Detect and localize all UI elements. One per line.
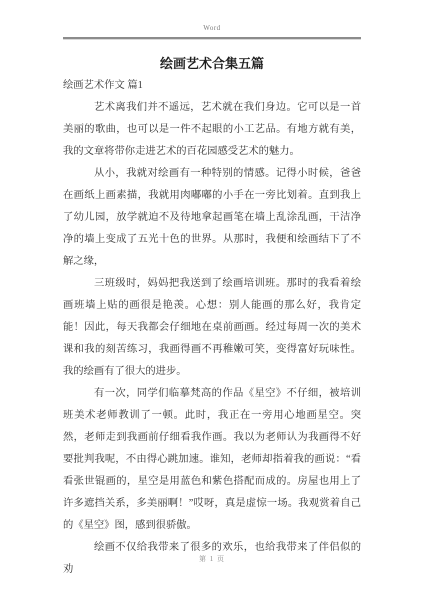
paragraph-1: 艺术离我们并不遥远，艺术就在我们身边。它可以是一首美丽的歌曲，也可以是一件不起眼…: [63, 97, 361, 163]
header-app-label: Word: [0, 23, 424, 33]
section-heading: 绘画艺术作文 篇1: [63, 75, 361, 97]
header-divider: [63, 37, 361, 39]
document-page: Word 绘画艺术合集五篇 绘画艺术作文 篇1 艺术离我们并不遥远，艺术就在我们…: [0, 0, 424, 600]
page-number: 第 1 页: [199, 555, 225, 563]
document-content: 绘画艺术合集五篇 绘画艺术作文 篇1 艺术离我们并不遥远，艺术就在我们身边。它可…: [63, 53, 361, 581]
document-title: 绘画艺术合集五篇: [63, 53, 361, 75]
paragraph-2: 从小，我就对绘画有一种特别的情感。记得小时候，爸爸在画纸上画素描，我就用肉嘟嘟的…: [63, 163, 361, 273]
paragraph-4: 有一次，同学们临摹梵高的作品《星空》不仔细，被培训班美术老师教训了一顿。此时，我…: [63, 383, 361, 537]
page-footer: 第 1 页: [0, 554, 424, 564]
paragraph-3: 三班级时，妈妈把我送到了绘画培训班。那时的我看着绘画班墙上贴的画很是艳羡。心想：…: [63, 273, 361, 383]
